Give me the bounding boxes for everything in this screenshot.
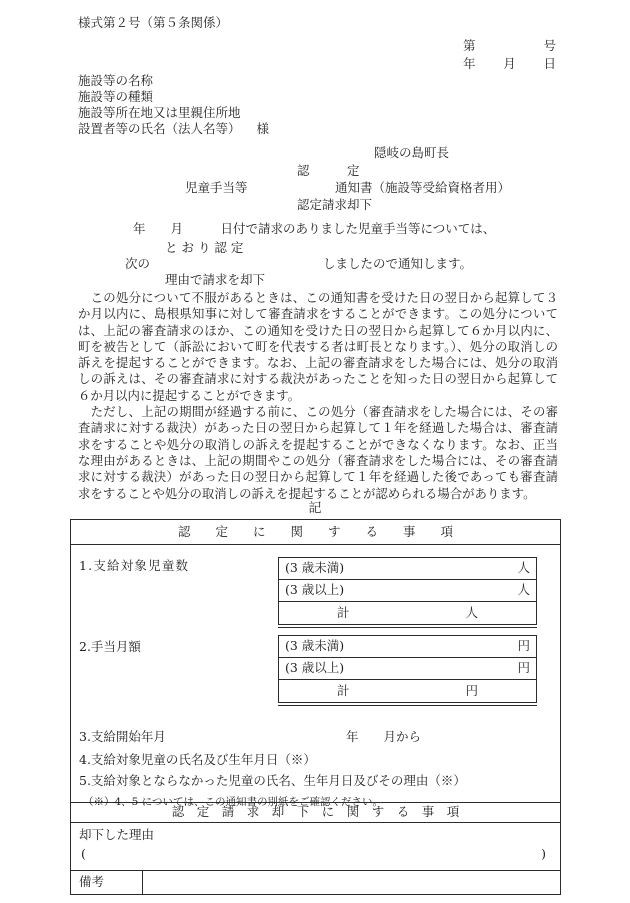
- document-number-line: 第 号: [463, 39, 556, 57]
- certification-items-cell: 1.支給対象児童数 (3 歳未満) 人 (3 歳以上) 人 計 人: [71, 545, 560, 803]
- count-row-under3: (3 歳未満) 人: [279, 558, 536, 579]
- addressee-facility-name: 施設等の名称: [78, 74, 269, 90]
- unit-persons: 人: [408, 607, 537, 620]
- unit-yen: 円: [408, 685, 537, 698]
- remarks-row: 備考: [71, 871, 560, 894]
- title-option-approved: 認 定: [297, 164, 360, 178]
- amount-row-under3: (3 歳未満) 円: [279, 636, 536, 657]
- date-month-label: 月: [503, 57, 516, 75]
- doc-no-suffix: 号: [543, 39, 556, 57]
- notice-tail: しましたので通知します。: [323, 257, 472, 271]
- addressee-founder-name: 設置者等の氏名（法人名等）様: [78, 122, 269, 138]
- rejection-reason-blank: ( ): [71, 847, 560, 861]
- date-day-label: 日: [543, 57, 556, 75]
- unit-yen: 円: [517, 662, 536, 675]
- item3-value: 年 月から: [346, 730, 421, 744]
- amount-total-row: 計 円: [279, 679, 536, 702]
- remarks-label: 備考: [71, 871, 143, 894]
- total-label: 計: [279, 685, 408, 698]
- document-number-block: 第 号 年 月 日: [463, 39, 556, 75]
- appeal-paragraph-1: この処分について不服があるときは、この通知書を受けた日の翌日から起算して３か月以…: [78, 290, 558, 404]
- item4-label: 4.支給対象児童の氏名及び生年月日（※）: [79, 753, 316, 767]
- appeal-instructions: この処分について不服があるときは、この通知書を受けた日の翌日から起算して３か月以…: [78, 290, 558, 502]
- section1-header: 認 定 に 関 す る 事 項: [71, 520, 560, 545]
- request-date-sentence: 年 月 日付で請求のありました児童手当等については、: [133, 222, 495, 236]
- doc-no-prefix: 第: [463, 39, 476, 57]
- rejection-reason-label: 却下した理由: [79, 828, 154, 842]
- child-count-table: (3 歳未満) 人 (3 歳以上) 人 計 人: [278, 557, 537, 628]
- notification-form-page: 様式第２号（第５条関係） 第 号 年 月 日 施設等の名称 施設等の種類 施設等…: [0, 0, 630, 903]
- issuer-name: 隠岐の島町長: [374, 146, 449, 160]
- main-table: 認 定 に 関 す る 事 項 1.支給対象児童数 (3 歳未満) 人 (3 歳…: [70, 519, 561, 895]
- unit-persons: 人: [517, 562, 536, 575]
- monthly-amount-table: (3 歳未満) 円 (3 歳以上) 円 計 円: [278, 635, 537, 706]
- notice-lead: 次の: [125, 257, 150, 271]
- unit-yen: 円: [517, 640, 536, 653]
- form-code: 様式第２号（第５条関係）: [78, 16, 228, 30]
- honorific-sama: 様: [257, 121, 270, 136]
- title-option-rejected: 認定請求却下: [297, 198, 372, 212]
- count-total-row: 計 人: [279, 601, 536, 624]
- appeal-paragraph-2: ただし、上記の期間が経過する前に、この処分（審査請求をした場合には、その審査請求…: [78, 404, 558, 502]
- document-date-line: 年 月 日: [463, 57, 556, 75]
- item2-label: 2.手当月額: [79, 640, 141, 654]
- item1-label: 1.支給対象児童数: [79, 559, 189, 573]
- title-subject: 児童手当等: [185, 181, 248, 195]
- ki-marker: 記: [0, 502, 630, 516]
- count-row-over3: (3 歳以上) 人: [279, 579, 536, 601]
- item5-label: 5.支給対象とならなかった児童の氏名、生年月日及びその理由（※）: [79, 774, 466, 788]
- date-year-label: 年: [463, 57, 476, 75]
- notice-option-rejected: 理由で請求を却下: [165, 273, 265, 287]
- paren-close: ): [541, 847, 546, 861]
- total-label: 計: [279, 607, 408, 620]
- remarks-blank: [143, 871, 560, 894]
- addressee-facility-type: 施設等の種類: [78, 90, 269, 106]
- amount-row-over3: (3 歳以上) 円: [279, 657, 536, 679]
- title-doc-type: 通知書（施設等受給資格者用）: [335, 181, 510, 195]
- table-footnote: （※）4、5 については、この通知書の別紙をご確認ください。: [83, 795, 383, 809]
- paren-open: (: [81, 847, 86, 861]
- notice-option-approved: と お り 認 定: [165, 241, 243, 255]
- rejection-reason-cell: 却下した理由 ( ): [71, 823, 560, 871]
- addressee-facility-address: 施設等所在地又は里親住所地: [78, 106, 269, 122]
- addressee-block: 施設等の名称 施設等の種類 施設等所在地又は里親住所地 設置者等の氏名（法人名等…: [78, 74, 269, 138]
- item3-label: 3.支給開始年月: [79, 730, 166, 744]
- unit-persons: 人: [517, 584, 536, 597]
